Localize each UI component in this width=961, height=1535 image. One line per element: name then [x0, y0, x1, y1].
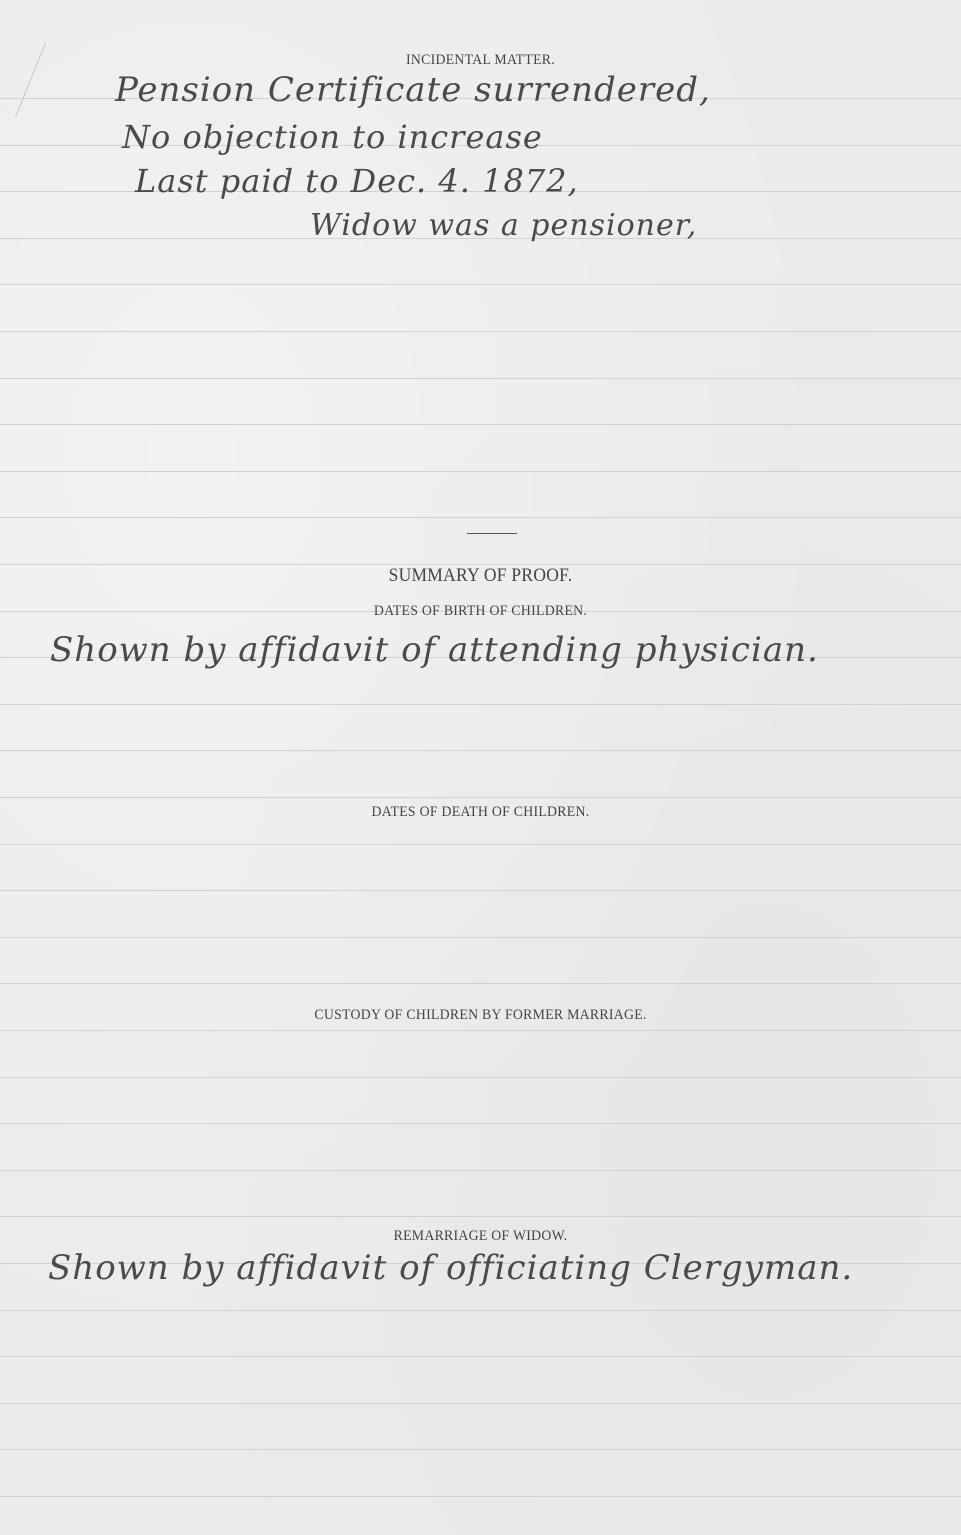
ruled-line [0, 331, 961, 332]
ruled-line [0, 844, 961, 845]
ruled-line [0, 1077, 961, 1078]
ruled-line [0, 471, 961, 472]
ruled-line [0, 983, 961, 984]
ruled-line [0, 1356, 961, 1357]
ruled-line [0, 1216, 961, 1217]
form-page: INCIDENTAL MATTER. Pension Certificate s… [0, 0, 961, 1535]
ruled-line [0, 1123, 961, 1124]
remarriage-heading: REMARRIAGE OF WIDOW. [38, 1228, 922, 1245]
ruled-line [0, 378, 961, 379]
ruled-line [0, 1403, 961, 1404]
ruled-line [0, 797, 961, 798]
ruled-line [0, 1310, 961, 1311]
summary-of-proof-heading: SUMMARY OF PROOF. [38, 565, 922, 587]
ruled-line [0, 890, 961, 891]
ruled-line [0, 704, 961, 705]
custody-heading: CUSTODY OF CHILDREN BY FORMER MARRIAGE. [38, 1007, 922, 1024]
handwriting-line-3: Last paid to Dec. 4. 1872, [135, 162, 579, 200]
ruled-line [0, 937, 961, 938]
ruled-line [0, 517, 961, 518]
remarriage-handwriting: Shown by affidavit of officiating Clergy… [48, 1248, 853, 1288]
handwriting-line-2: No objection to increase [122, 118, 543, 156]
section-divider [467, 533, 517, 534]
incidental-matter-heading: INCIDENTAL MATTER. [38, 52, 922, 69]
ruled-line [0, 750, 961, 751]
dates-of-death-heading: DATES OF DEATH OF CHILDREN. [38, 804, 922, 821]
dates-of-birth-handwriting: Shown by affidavit of attending physicia… [50, 630, 819, 670]
ruled-line [0, 424, 961, 425]
ruled-line [0, 1030, 961, 1031]
dates-of-birth-heading: DATES OF BIRTH OF CHILDREN. [38, 603, 922, 620]
ruled-line [0, 1449, 961, 1450]
ruled-line [0, 1170, 961, 1171]
ruled-line [0, 1496, 961, 1497]
ruled-line [0, 284, 961, 285]
handwriting-line-1: Pension Certificate surrendered, [115, 70, 711, 110]
handwriting-line-4: Widow was a pensioner, [310, 208, 697, 243]
